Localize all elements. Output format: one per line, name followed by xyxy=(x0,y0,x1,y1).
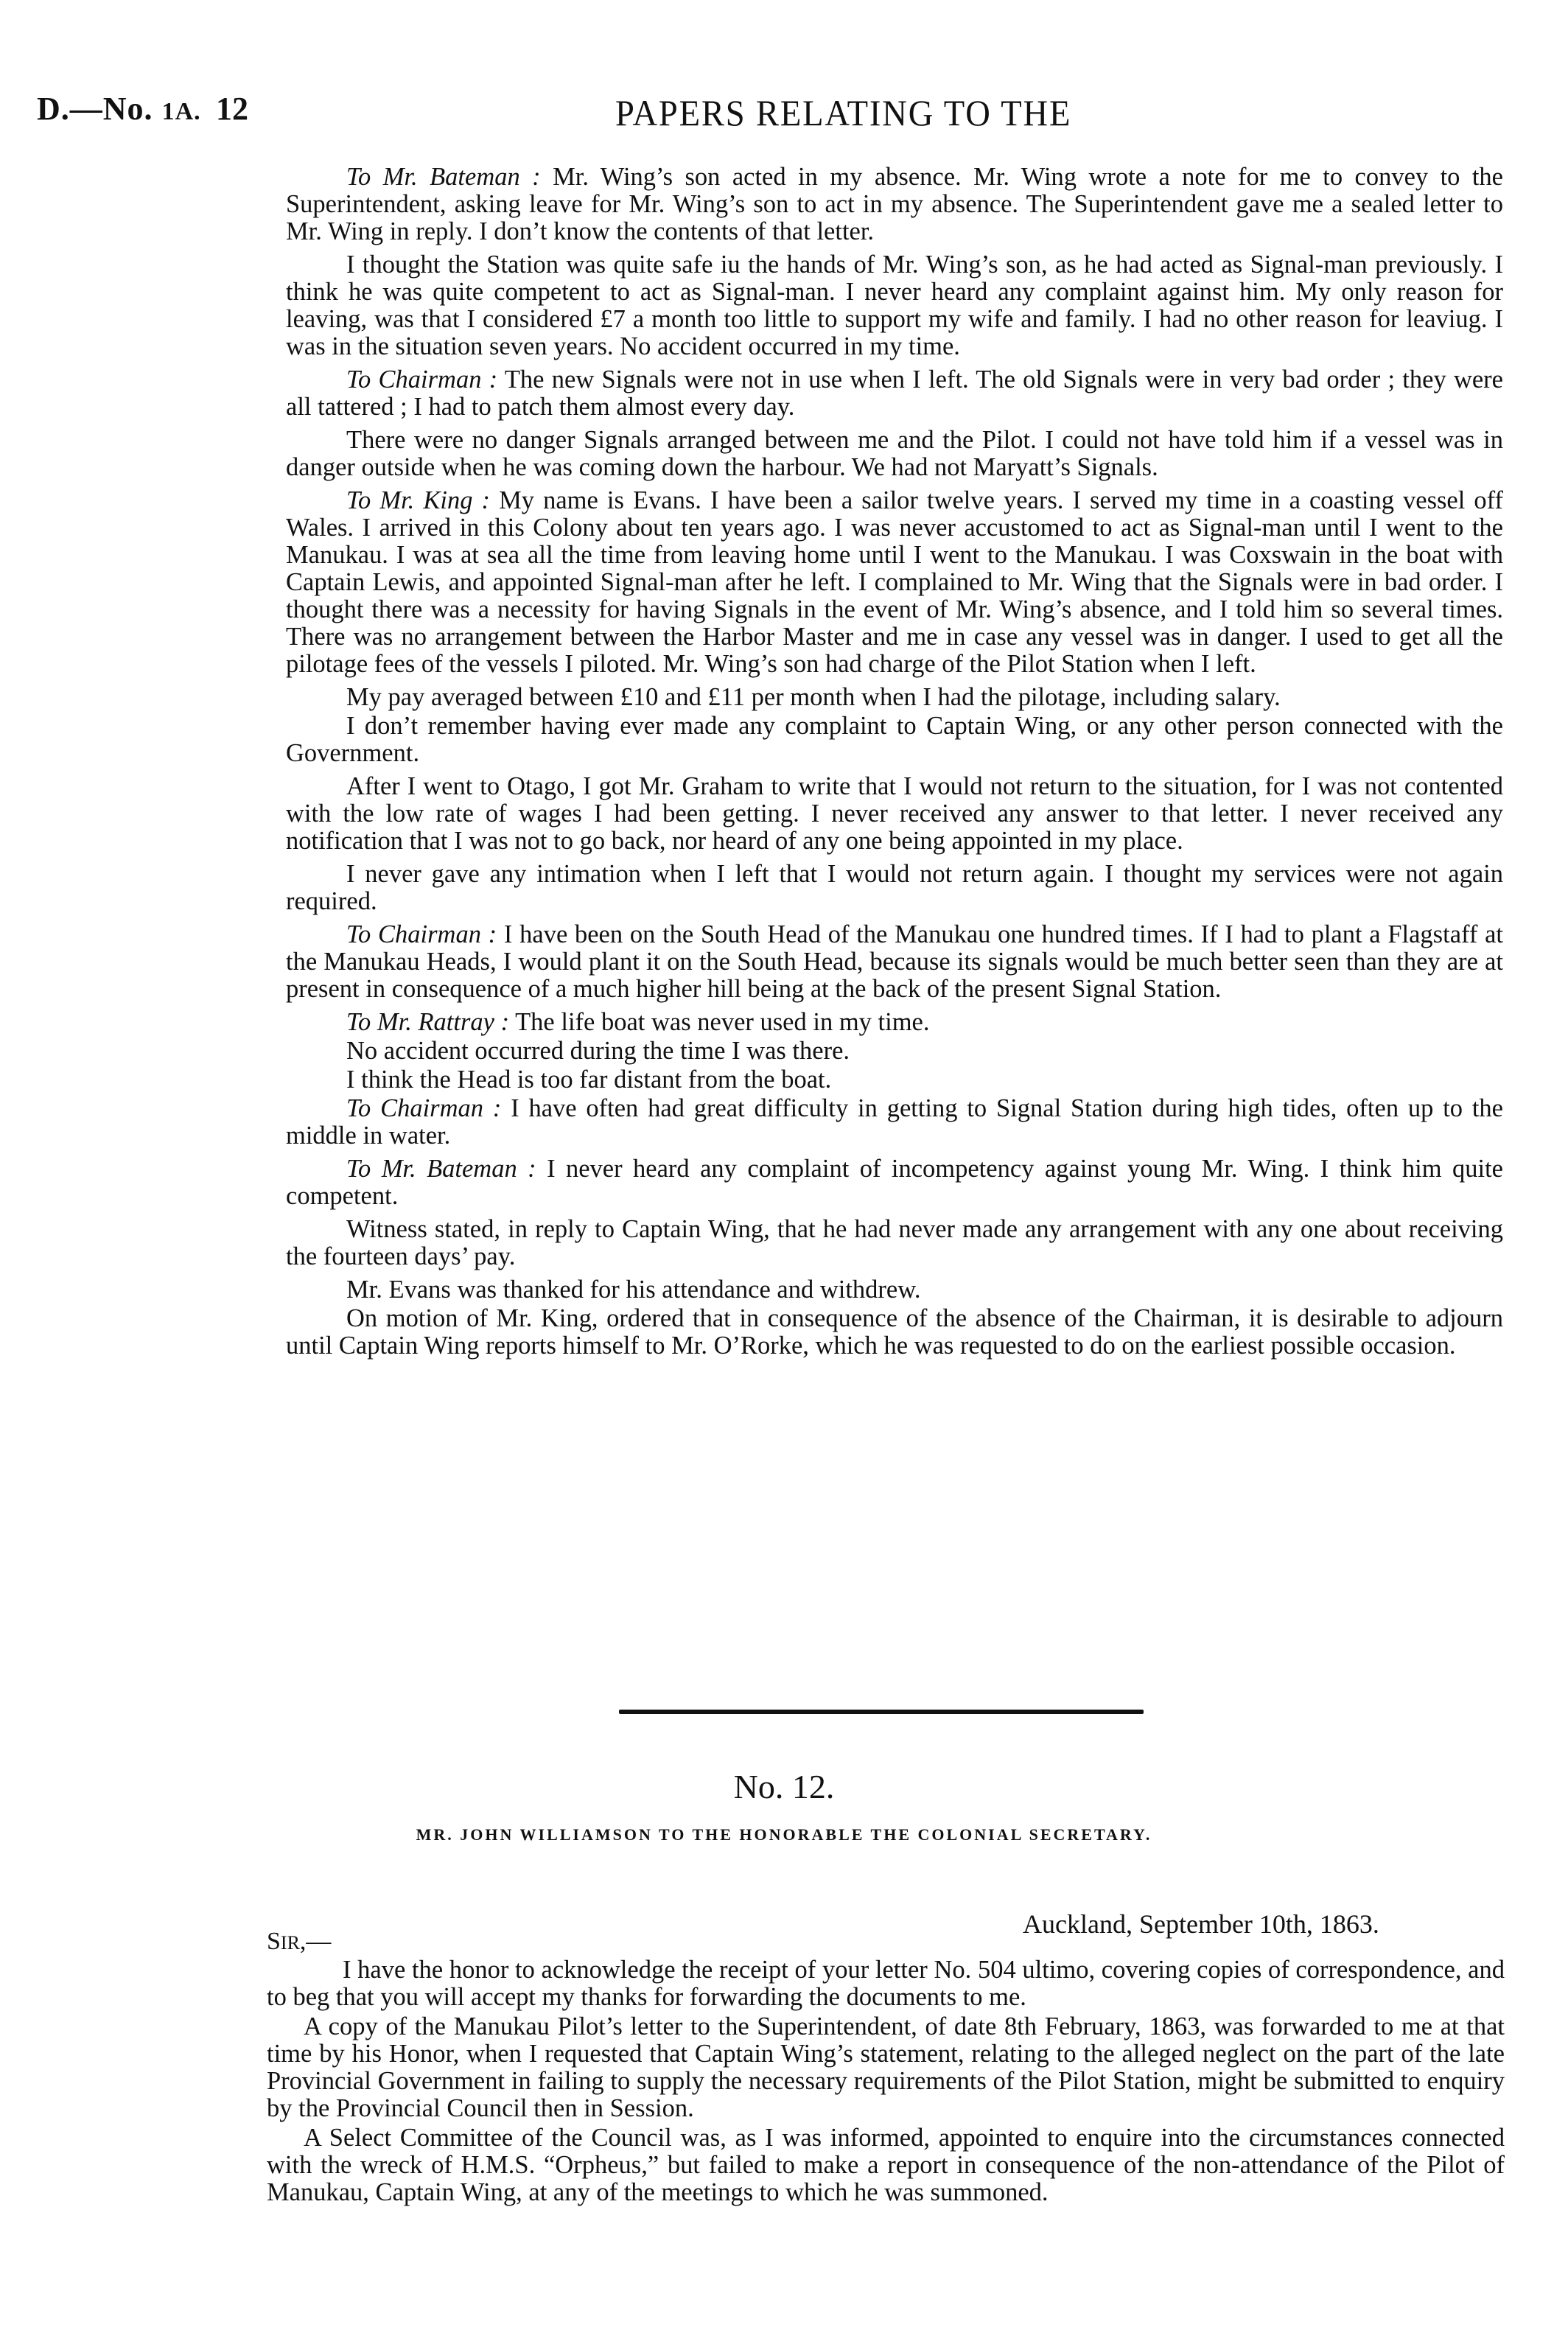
paragraph: To Chairman : I have often had great dif… xyxy=(286,1095,1503,1150)
page-number: 12 xyxy=(216,90,248,127)
paragraph: I think the Head is too far distant from… xyxy=(286,1066,1503,1094)
paragraph: To Chairman : The new Signals were not i… xyxy=(286,366,1503,421)
speaker-lead: To Chairman : xyxy=(346,920,497,948)
speaker-lead: To Mr. Rattray : xyxy=(346,1008,509,1036)
speaker-lead: To Chairman : xyxy=(346,365,497,394)
paragraph: I never gave any intimation when I left … xyxy=(286,861,1503,915)
paragraph: After I went to Otago, I got Mr. Graham … xyxy=(286,773,1503,855)
letter-paragraph: I have the honor to acknowledge the rece… xyxy=(267,1956,1505,2011)
series-prefix: D.—No. xyxy=(37,91,162,127)
series-number: 1A. xyxy=(162,98,201,125)
section-divider-rule xyxy=(619,1710,1144,1714)
letter-body: I have the honor to acknowledge the rece… xyxy=(267,1956,1505,2208)
letter-place-date: Auckland, September 10th, 1863. xyxy=(1023,1909,1379,1939)
speaker-lead: To Mr. Bateman : xyxy=(346,163,541,191)
document-series-reference: D.—No. 1A. xyxy=(37,90,201,127)
running-title: PAPERS RELATING TO THE xyxy=(615,91,1071,134)
minutes-body: To Mr. Bateman : Mr. Wing’s son acted in… xyxy=(286,164,1503,1365)
section-subtitle: MR. JOHN WILLIAMSON TO THE HONORABLE THE… xyxy=(0,1825,1568,1844)
paragraph: To Mr. King : My name is Evans. I have b… xyxy=(286,487,1503,678)
paragraph: I don’t remember having ever made any co… xyxy=(286,713,1503,767)
document-page: D.—No. 1A. 12 PAPERS RELATING TO THE To … xyxy=(0,0,1568,2347)
paragraph: On motion of Mr. King, ordered that in c… xyxy=(286,1305,1503,1360)
paragraph: To Chairman : I have been on the South H… xyxy=(286,921,1503,1003)
letter-paragraph: A Select Committee of the Council was, a… xyxy=(267,2124,1505,2206)
speaker-lead: To Mr. Bateman : xyxy=(346,1155,536,1183)
paragraph: To Mr. Bateman : I never heard any compl… xyxy=(286,1155,1503,1210)
speaker-lead: To Mr. King : xyxy=(346,486,490,514)
paragraph: To Mr. Bateman : Mr. Wing’s son acted in… xyxy=(286,164,1503,245)
paragraph: No accident occurred during the time I w… xyxy=(286,1038,1503,1065)
paragraph: There were no danger Signals arranged be… xyxy=(286,427,1503,481)
paragraph: I thought the Station was quite safe iu … xyxy=(286,251,1503,360)
paragraph: To Mr. Rattray : The life boat was never… xyxy=(286,1009,1503,1036)
paragraph: Mr. Evans was thanked for his attendance… xyxy=(286,1276,1503,1304)
letter-paragraph: A copy of the Manukau Pilot’s letter to … xyxy=(267,2013,1505,2122)
letter-salutation: SIR,— xyxy=(267,1928,331,1956)
paragraph: My pay averaged between £10 and £11 per … xyxy=(286,684,1503,711)
section-number: No. 12. xyxy=(0,1767,1568,1806)
paragraph: Witness stated, in reply to Captain Wing… xyxy=(286,1216,1503,1270)
speaker-lead: To Chairman : xyxy=(346,1094,501,1122)
